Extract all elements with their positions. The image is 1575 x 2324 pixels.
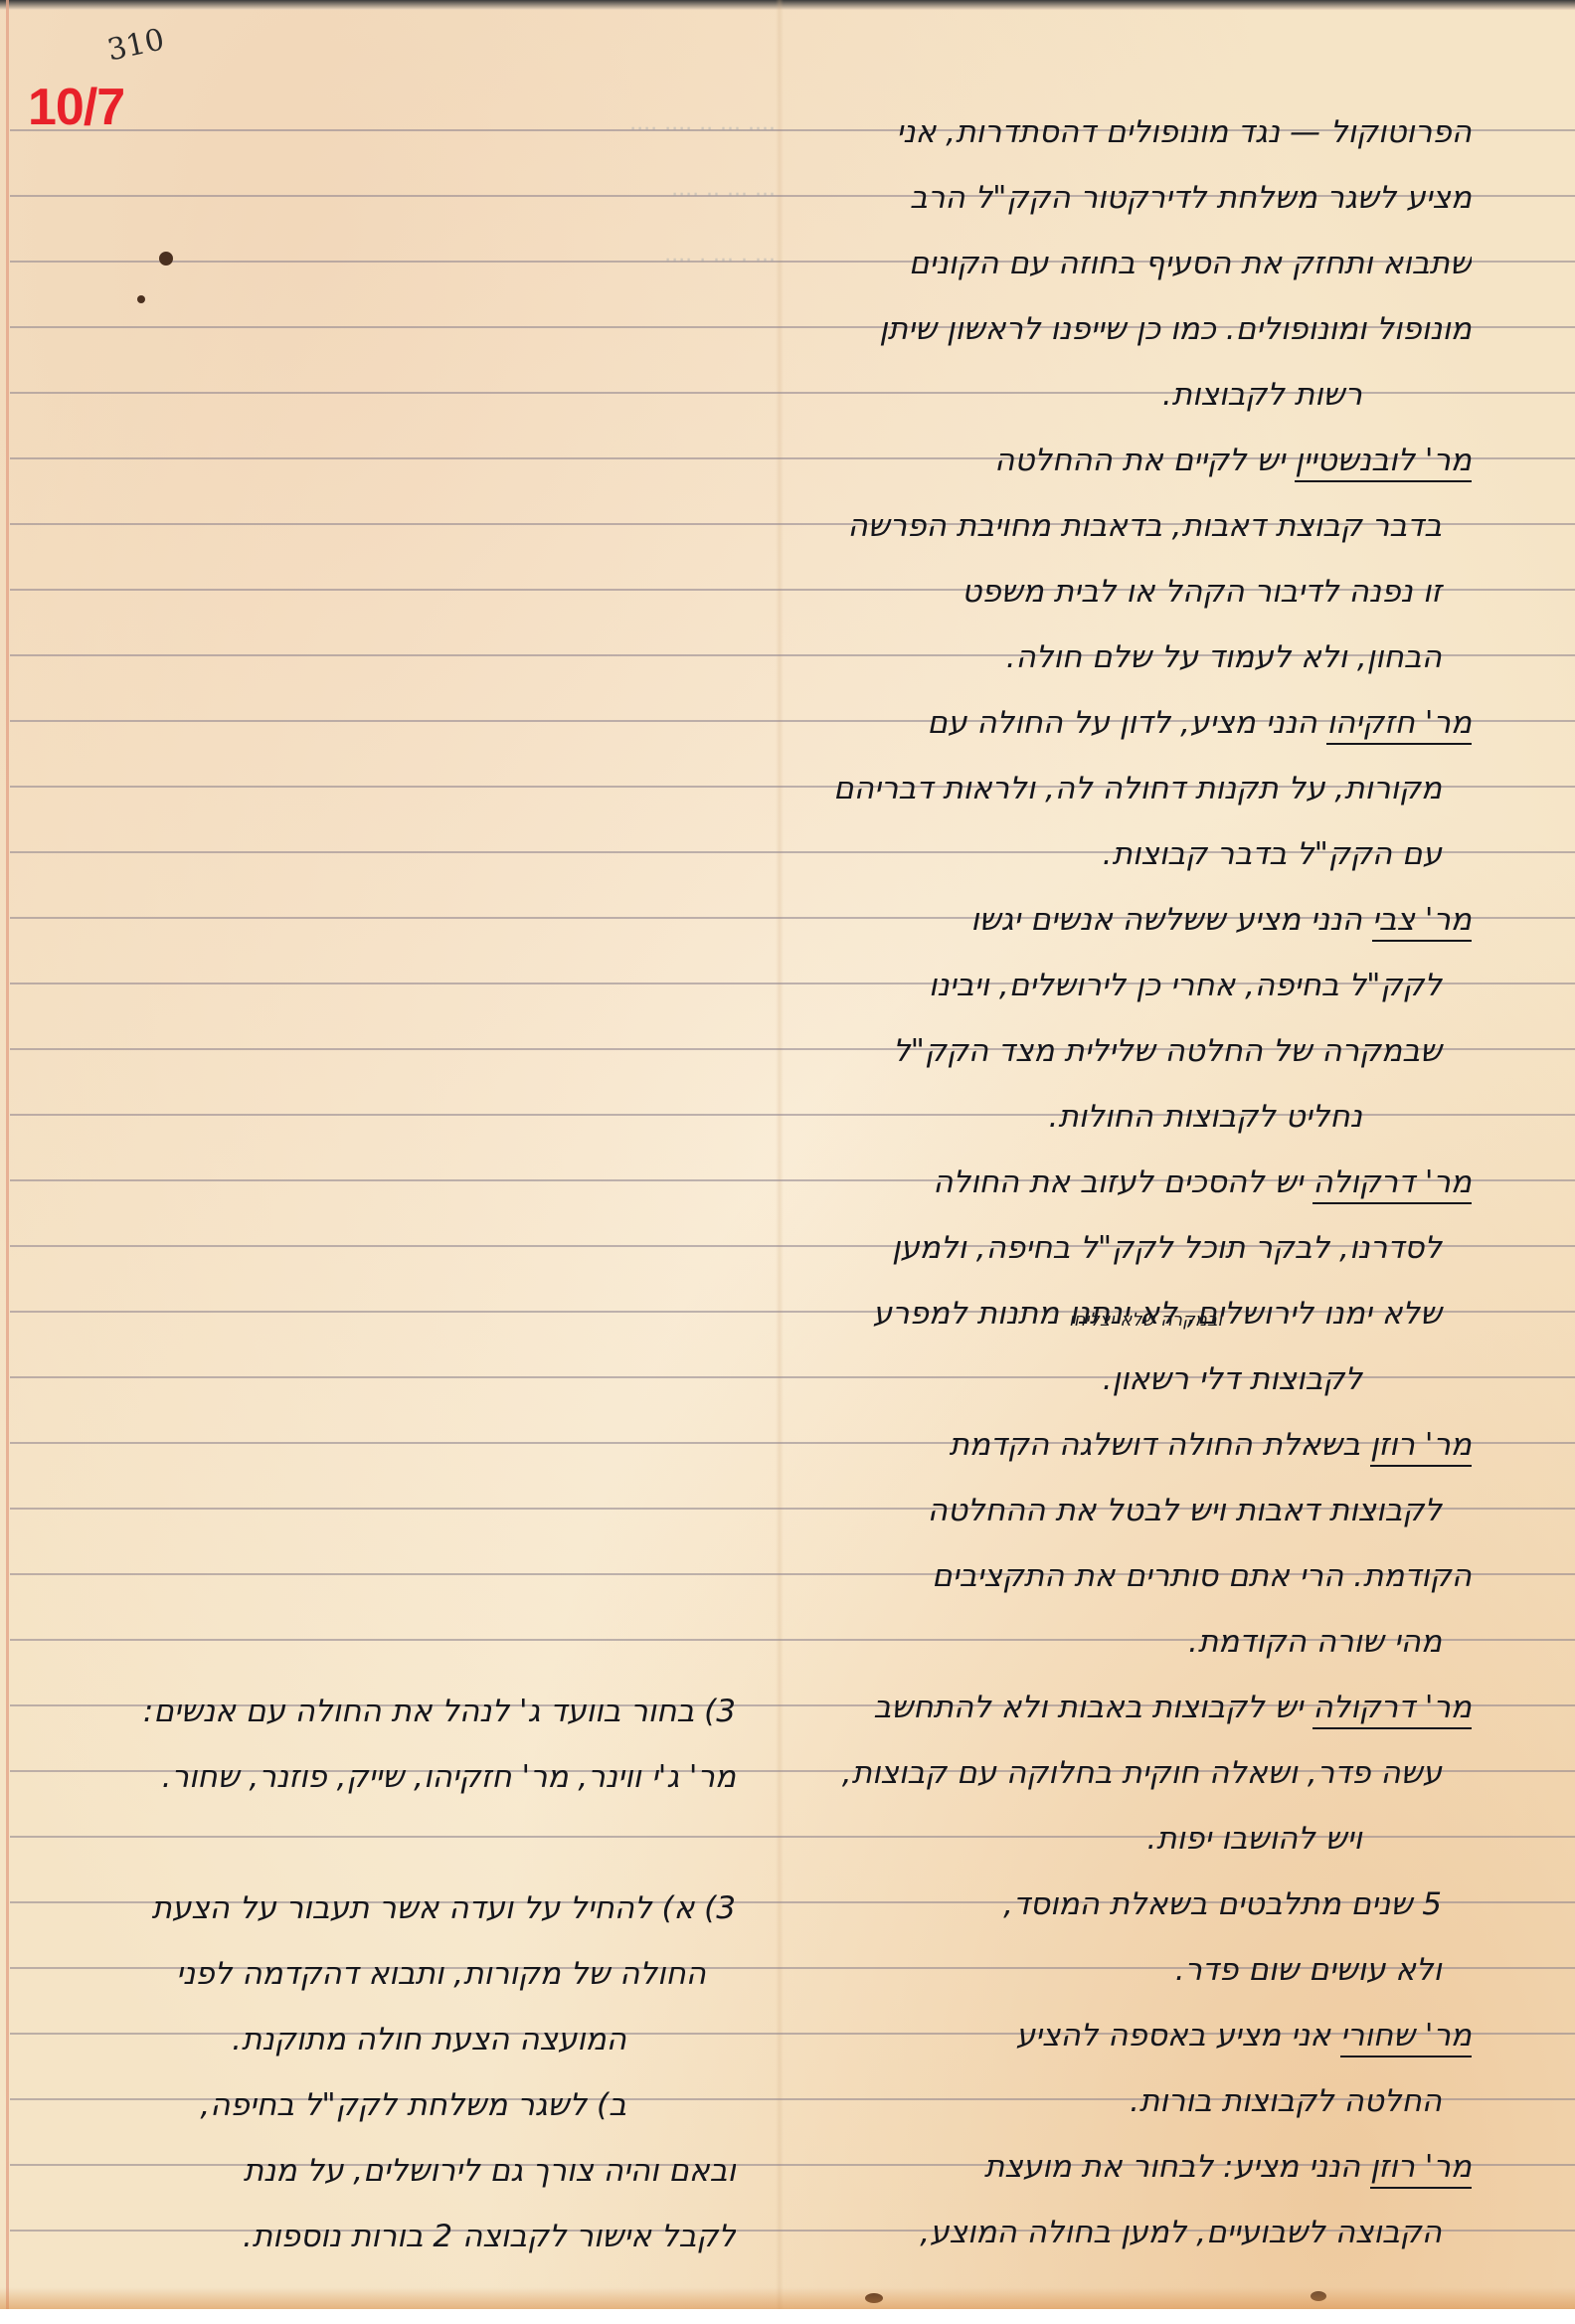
line-text: המועצה הצעת חולה מתוקנת. [232,2022,626,2057]
line-text: הבחון, ולא לעמוד על שלם חולה. [1006,639,1442,675]
line-text: מהי שורה הקודמת. [1188,1624,1442,1660]
line-text: מונופול ומונופולים. כמו כן שייפנו לראשון… [879,311,1472,347]
line-text: לקבוצות דאבות ויש לבטל את ההחלטה [928,1493,1442,1528]
line-text: ויש להושבו יפות. [1146,1821,1362,1857]
text-line: החלטה לקבוצות בורות. [786,2068,1472,2134]
ink-spot [159,252,173,266]
text-line: מציע לשגר משלחת לדירקטור הקק"ל הרב [786,165,1472,231]
text-line: לסדרנו, לבקר תוכל לקק"ל בחיפה, ולמען [786,1215,1472,1281]
text-line: ויש להושבו יפות. [786,1806,1472,1872]
line-text: עם הקק"ל בדבר קבוצות. [1103,836,1442,872]
text-line: שתבוא ותחזק את הסעיף בחוזה עם הקונים [786,231,1472,296]
right-column-minutes: הפרוטוקול — נגד מונופולים דהסתדרות, אנימ… [786,99,1472,2265]
speaker-line: מר' רוזן בשאלת החולה דושלגה הקדמת [786,1412,1472,1478]
scan-top-edge [0,0,1575,10]
line-text: החולה של מקורות, ותבוא דהקדמה לפני [176,1956,706,1992]
line-text: עשה פדר, ושאלה חוקית בחלוקה עם קבוצות, [842,1755,1442,1791]
speaker-name: מר' רוזן [1370,1427,1472,1467]
line-text: ב) לשגר משלחת לקק"ל בחיפה, [200,2087,626,2123]
line-text: לקבל אישור לקבוצה 2 בורות נוספות. [243,2219,736,2254]
archive-page-number: 310 [104,22,167,68]
line-text: מר' ג'י ווינר, מר' חזקיהו, שייק, פוזנר, … [162,1759,736,1795]
line-text: ולא עושים שום פדר. [1175,1952,1442,1988]
text-line: ובאם והיה צורך גם לירושלים, על מנת [20,2138,736,2204]
bleed-through-text: ···· ··· ·· ···· ···· ··· ··· ·· ···· ··… [318,97,776,294]
speaker-name: מר' רוזן [1370,2149,1472,2189]
text-line: לקבל אישור לקבוצה 2 בורות נוספות. [20,2204,736,2269]
bleed-line: ···· ··· ·· ···· ···· [318,97,776,163]
line-text: נחליט לקבוצות החולות. [1049,1099,1362,1135]
line-text: יש לקבוצות באבות ולא להתחשב [873,1690,1303,1725]
date-stamp: 10/7 [28,78,124,137]
speaker-name: מר' צבי [1372,902,1472,942]
text-line: 5 שנים מתלבטים בשאלת המוסד, [786,1872,1472,1937]
speaker-name: מר' שחורי [1340,2018,1472,2057]
text-line: שבמקרה של החלטה שלילית מצד הקק"ל [786,1018,1472,1084]
text-line: עם הקק"ל בדבר קבוצות. [786,821,1472,887]
line-text: מקורות, על תקנות דחולה לה, ולראות דבריהם [833,771,1442,806]
line-text: בדבר קבוצת דאבות, בדאבות מחויבת הפרשה [847,508,1442,544]
text-line: עשה פדר, ושאלה חוקית בחלוקה עם קבוצות, [786,1740,1472,1806]
text-line: לקבוצות דאבות ויש לבטל את ההחלטה [786,1478,1472,1543]
text-line: רשות לקבוצות. [786,362,1472,428]
text-line: לקבוצות דלי רשאון. [786,1346,1472,1412]
text-line: מקורות, על תקנות דחולה לה, ולראות דבריהם [786,756,1472,821]
line-text: שבמקרה של החלטה שלילית מצד הקק"ל [893,1033,1442,1069]
line-text: 5 שנים מתלבטים בשאלת המוסד, [1003,1886,1442,1922]
speaker-line: מר' דרקולה יש להסכים לעזוב את החולה [786,1150,1472,1215]
speaker-name: מר' לובנשטיין [1295,443,1472,482]
text-line: המועצה הצעת חולה מתוקנת. [20,2007,736,2072]
speaker-line: מר' שחורי אני מציע באספה להציע [786,2003,1472,2068]
page-fold [776,0,784,2309]
left-column-resolution-3-committee: 3) בחור בוועד ג' לנהל את החולה עם אנשים:… [20,1679,736,1810]
text-line: הקודמת. הרי אתם סותרים את התקציבים [786,1543,1472,1609]
speaker-line: מר' רוזן הנני מציע: לבחור את מועצת [786,2134,1472,2200]
text-line: 3) בחור בוועד ג' לנהל את החולה עם אנשים: [20,1679,736,1744]
line-text: לקבוצות דלי רשאון. [1103,1361,1362,1397]
speaker-line: מר' צבי הנני מציע ששלשה אנשים יגשו [786,887,1472,953]
ink-spot [137,295,145,303]
notebook-page: 310 10/7 ···· ··· ·· ···· ···· ··· ··· ·… [0,0,1575,2309]
text-line: מר' ג'י ווינר, מר' חזקיהו, שייק, פוזנר, … [20,1744,736,1810]
speaker-name: מר' חזקיהו [1326,705,1472,745]
line-text: אני מציע באספה להציע [1016,2018,1330,2054]
line-text: 3) בחור בוועד ג' לנהל את החולה עם אנשים: [143,1694,736,1729]
text-line: מונופול ומונופולים. כמו כן שייפנו לראשון… [786,296,1472,362]
line-text: הפרוטוקול — נגד מונופולים דהסתדרות, אני [896,114,1472,150]
line-text: בשאלת החולה דושלגה הקדמת [950,1427,1361,1463]
line-text: החלטה לקבוצות בורות. [1130,2083,1442,2119]
bleed-line: ··· · ··· · ···· [318,229,776,294]
interlinear-insertion: ובמקרה שלא יצליחו [1069,1310,1222,1331]
line-text: הנני מציע, לדון על החולה עם [927,705,1316,741]
text-line: נחליט לקבוצות החולות. [786,1084,1472,1150]
red-margin-line [6,0,9,2309]
speaker-line: מר' דרקולה יש לקבוצות באבות ולא להתחשב [786,1675,1472,1740]
line-text: הנני מציע: לבחור את מועצת [984,2149,1360,2185]
line-text: הקבוצה לשבועיים, למען בחולה המוצע, [920,2215,1442,2250]
line-text: שתבוא ותחזק את הסעיף בחוזה עם הקונים [909,246,1472,281]
page-bottom-edge [0,2287,1575,2309]
line-text: 3) א) להחיל על ועדה אשר תעבור על הצעת [152,1890,736,1926]
speaker-line: מר' לובנשטיין יש לקיים את ההחלטה [786,428,1472,493]
speaker-line: מר' חזקיהו הנני מציע, לדון על החולה עם [786,690,1472,756]
line-text: הקודמת. הרי אתם סותרים את התקציבים [932,1558,1472,1594]
bleed-line: ··· ··· ·· ···· [318,163,776,229]
line-text: יש לקיים את ההחלטה [994,443,1285,478]
text-line: 3) א) להחיל על ועדה אשר תעבור על הצעת [20,1876,736,1941]
text-line: זו נפנה לדיבור הקהל או לבית משפט [786,559,1472,625]
speaker-name: מר' דרקולה [1312,1690,1472,1729]
text-line: החולה של מקורות, ותבוא דהקדמה לפני [20,1941,736,2007]
line-text: לקק"ל בחיפה, אחרי כן לירושלים, ויבינו [929,968,1442,1003]
line-text: הנני מציע ששלשה אנשים יגשו [970,902,1362,938]
line-text: ובאם והיה צורך גם לירושלים, על מנת [244,2153,736,2189]
text-line: הפרוטוקול — נגד מונופולים דהסתדרות, אני [786,99,1472,165]
line-text: לסדרנו, לבקר תוכל לקק"ל בחיפה, ולמען [892,1230,1442,1266]
text-line: מהי שורה הקודמת. [786,1609,1472,1675]
text-line: בדבר קבוצת דאבות, בדאבות מחויבת הפרשה [786,493,1472,559]
text-line: ב) לשגר משלחת לקק"ל בחיפה, [20,2072,736,2138]
text-line: לקק"ל בחיפה, אחרי כן לירושלים, ויבינו [786,953,1472,1018]
text-line: הבחון, ולא לעמוד על שלם חולה. [786,625,1472,690]
line-text: יש להסכים לעזוב את החולה [933,1164,1303,1200]
line-text: רשות לקבוצות. [1162,377,1362,413]
left-column-resolution-3-delegation: 3) א) להחיל על ועדה אשר תעבור על הצעתהחו… [20,1876,736,2269]
text-line: הקבוצה לשבועיים, למען בחולה המוצע, [786,2200,1472,2265]
text-line: ולא עושים שום פדר. [786,1937,1472,2003]
line-text: מציע לשגר משלחת לדירקטור הקק"ל הרב [910,180,1472,216]
speaker-name: מר' דרקולה [1312,1164,1472,1204]
line-text: זו נפנה לדיבור הקהל או לבית משפט [962,574,1442,610]
